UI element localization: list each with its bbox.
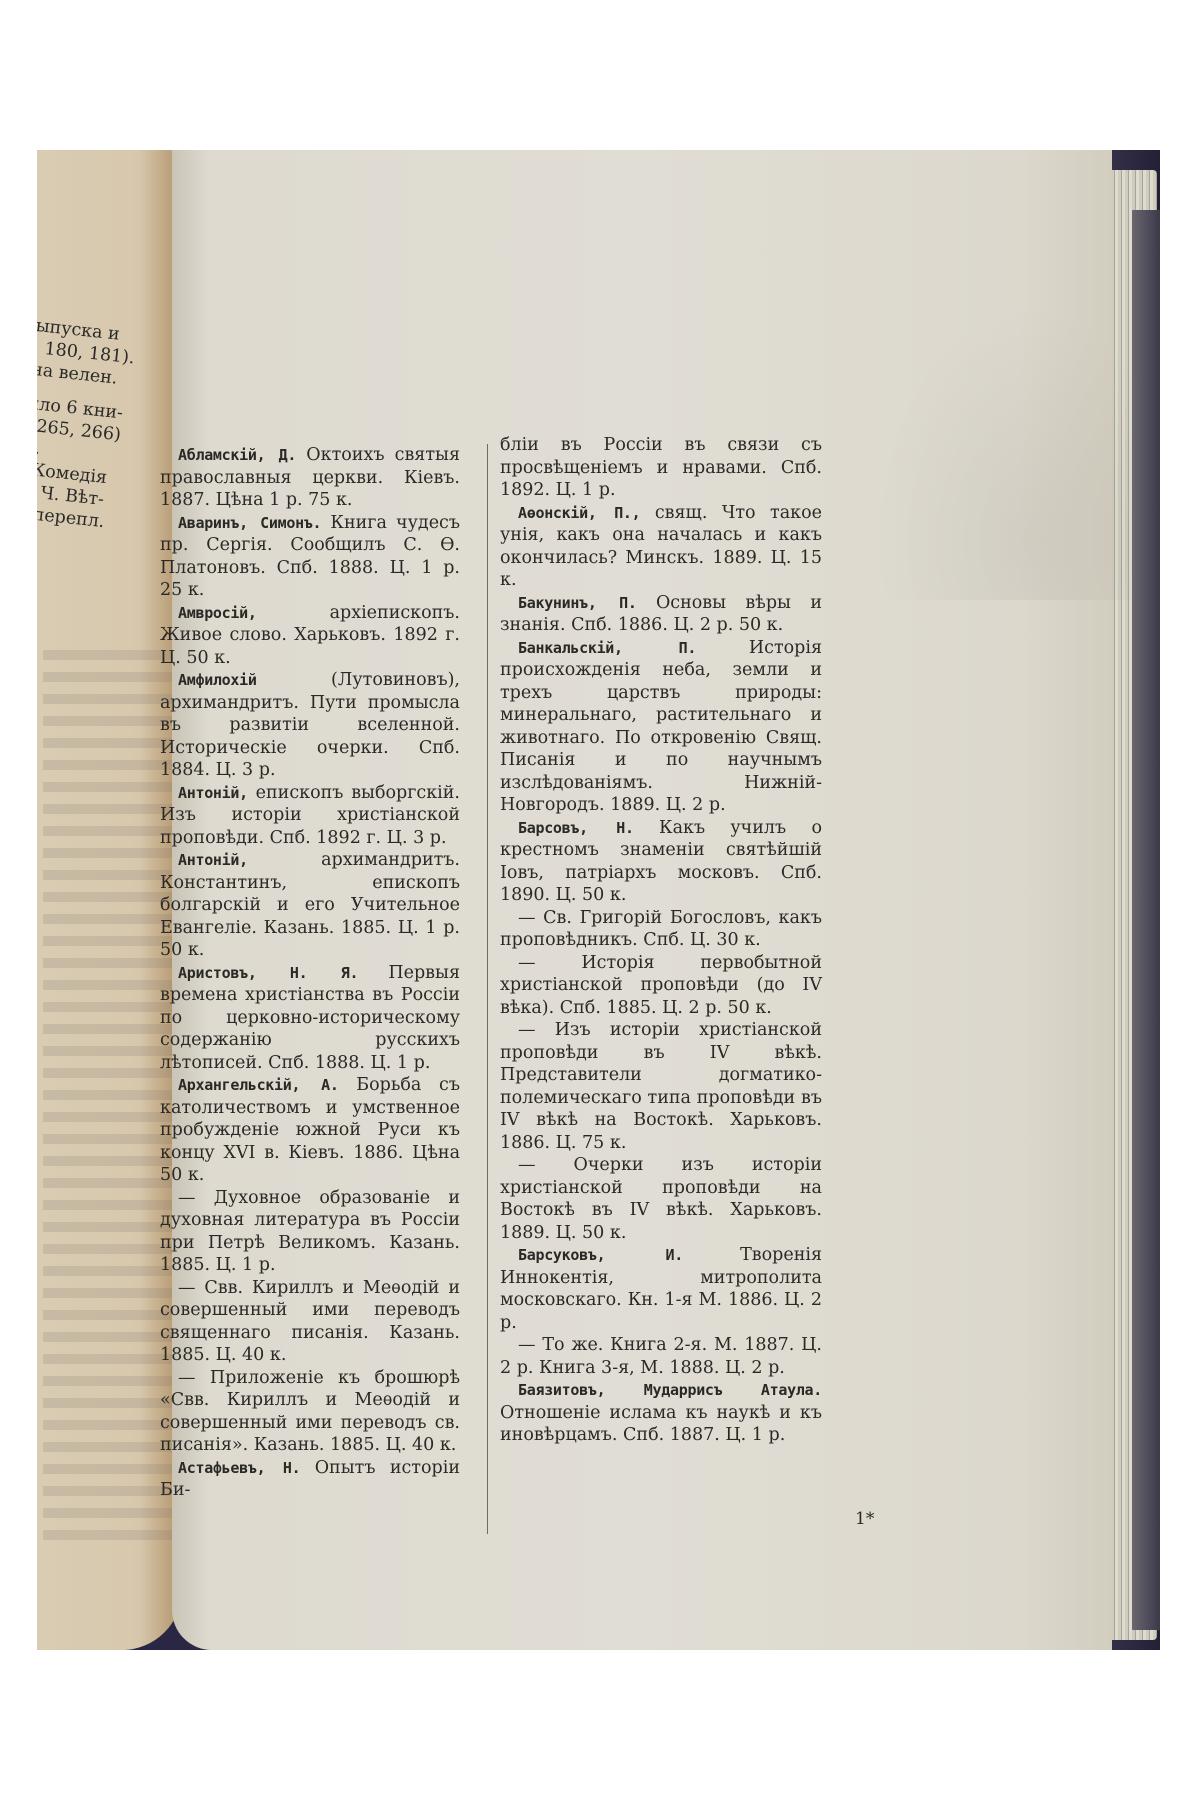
- bibliography-entry: Астафьевъ, Н. Опытъ исторіи Би-: [160, 1457, 460, 1502]
- bibliography-entry: — Духовное образованіе и духовная литера…: [160, 1187, 460, 1277]
- bibliography-entry: Аристовъ, Н. Я. Первыя времена христіанс…: [160, 962, 460, 1075]
- entry-author: Амвросій,: [178, 604, 257, 622]
- bibliography-entry: — Исторія первобытной христіанской пропо…: [500, 952, 822, 1020]
- bibliography-column-left: Абламскій, Д. Октоихъ святыя православны…: [160, 444, 460, 1502]
- entry-description: — То же. Книга 2-я. М. 1887. Ц. 2 р. Кни…: [500, 1335, 822, 1378]
- entry-author: Барсуковъ, И.: [518, 1246, 683, 1264]
- entry-author: Антоній,: [178, 784, 248, 802]
- entry-author: Аѳонскій, П.,: [518, 504, 640, 522]
- bibliography-entry: — Приложеніе къ брошюрѣ «Свв. Кириллъ и …: [160, 1367, 460, 1457]
- entry-description: бліи въ Россіи въ связи съ просвѣщеніемъ…: [500, 435, 822, 500]
- entry-description: — Духовное образованіе и духовная литера…: [160, 1188, 460, 1276]
- bibliography-entry: — Очерки изъ исторіи христіанской пропов…: [500, 1154, 822, 1244]
- entry-description: — Изъ исторіи христіанской проповѣди въ …: [500, 1020, 822, 1153]
- bibliography-entry: Баязитовъ, Мударрисъ Атаула. Отношеніе и…: [500, 1379, 822, 1447]
- paper-crease: [872, 300, 1132, 600]
- bibliography-entry: Амвросій, архіепископъ. Живое слово. Хар…: [160, 602, 460, 670]
- entry-description: — Приложеніе къ брошюрѣ «Свв. Кириллъ и …: [160, 1368, 460, 1456]
- entry-description: Исторія происхожденія неба, земли и трех…: [500, 638, 822, 816]
- entry-author: Антоній,: [178, 851, 248, 869]
- bibliography-entry: Амфилохій (Лутовиновъ), архимандритъ. Пу…: [160, 669, 460, 782]
- bibliography-entry: Архангельскій, А. Борьба съ католичество…: [160, 1074, 460, 1187]
- entry-description: — Исторія первобытной христіанской пропо…: [500, 953, 822, 1018]
- entry-author: Аристовъ, Н. Я.: [178, 964, 358, 982]
- bibliography-entry: — Изъ исторіи христіанской проповѣди въ …: [500, 1019, 822, 1154]
- entry-author: Абламскій, Д.: [178, 446, 296, 464]
- bibliography-entry: Барсуковъ, И. Творенія Иннокентія, митро…: [500, 1244, 822, 1334]
- bibliography-entry: — То же. Книга 2-я. М. 1887. Ц. 2 р. Кни…: [500, 1334, 822, 1379]
- entry-author: Барсовъ, Н.: [518, 819, 634, 837]
- entry-description: Отношеніе ислама къ наукѣ и къ иновѣрцам…: [500, 1403, 822, 1446]
- show-through-text: [43, 650, 173, 1550]
- left-page-text-fragment: ыпуска и, 180, 181).на велен.ило 6 кни-,…: [37, 315, 176, 538]
- entry-author: Астафьевъ, Н.: [178, 1459, 300, 1477]
- book-cover-edge: [1132, 210, 1160, 1630]
- bibliography-entry: бліи въ Россіи въ связи съ просвѣщеніемъ…: [500, 434, 822, 502]
- bibliography-entry: Абламскій, Д. Октоихъ святыя православны…: [160, 444, 460, 512]
- bibliography-entry: Бакунинъ, П. Основы вѣры и знанія. Спб. …: [500, 592, 822, 637]
- bibliography-entry: Аѳонскій, П., свящ. Что такое унія, какъ…: [500, 502, 822, 592]
- bibliography-entry: — Св. Григорій Богословъ, какъ проповѣдн…: [500, 907, 822, 952]
- bibliography-entry: Аваринъ, Симонъ. Книга чудесъ пр. Сергія…: [160, 512, 460, 602]
- entry-author: Архангельскій, А.: [178, 1076, 339, 1094]
- bibliography-entry: Антоній, епископъ выборгскій. Изъ исторі…: [160, 782, 460, 850]
- entry-description: — Св. Григорій Богословъ, какъ проповѣдн…: [500, 908, 822, 951]
- bibliography-entry: Барсовъ, Н. Какъ училъ о крестномъ знаме…: [500, 817, 822, 907]
- entry-author: Баязитовъ, Мударрисъ Атаула.: [518, 1381, 822, 1399]
- entry-author: Аваринъ, Симонъ.: [178, 514, 321, 532]
- bibliography-entry: Антоній, архимандритъ. Константинъ, епис…: [160, 849, 460, 962]
- bibliography-column-right: бліи въ Россіи въ связи съ просвѣщеніемъ…: [500, 434, 822, 1447]
- bibliography-entry: — Свв. Кириллъ и Меѳодій и совершенный и…: [160, 1277, 460, 1367]
- entry-author: Амфилохій: [178, 671, 257, 689]
- entry-description: — Свв. Кириллъ и Меѳодій и совершенный и…: [160, 1278, 460, 1366]
- entry-description: — Очерки изъ исторіи христіанской пропов…: [500, 1155, 822, 1243]
- column-divider: [487, 444, 488, 1534]
- bibliography-entry: Банкальскій, П. Исторія происхожденія не…: [500, 637, 822, 817]
- entry-author: Банкальскій, П.: [518, 639, 696, 657]
- folio-signature: 1*: [855, 1509, 874, 1529]
- entry-author: Бакунинъ, П.: [518, 594, 637, 612]
